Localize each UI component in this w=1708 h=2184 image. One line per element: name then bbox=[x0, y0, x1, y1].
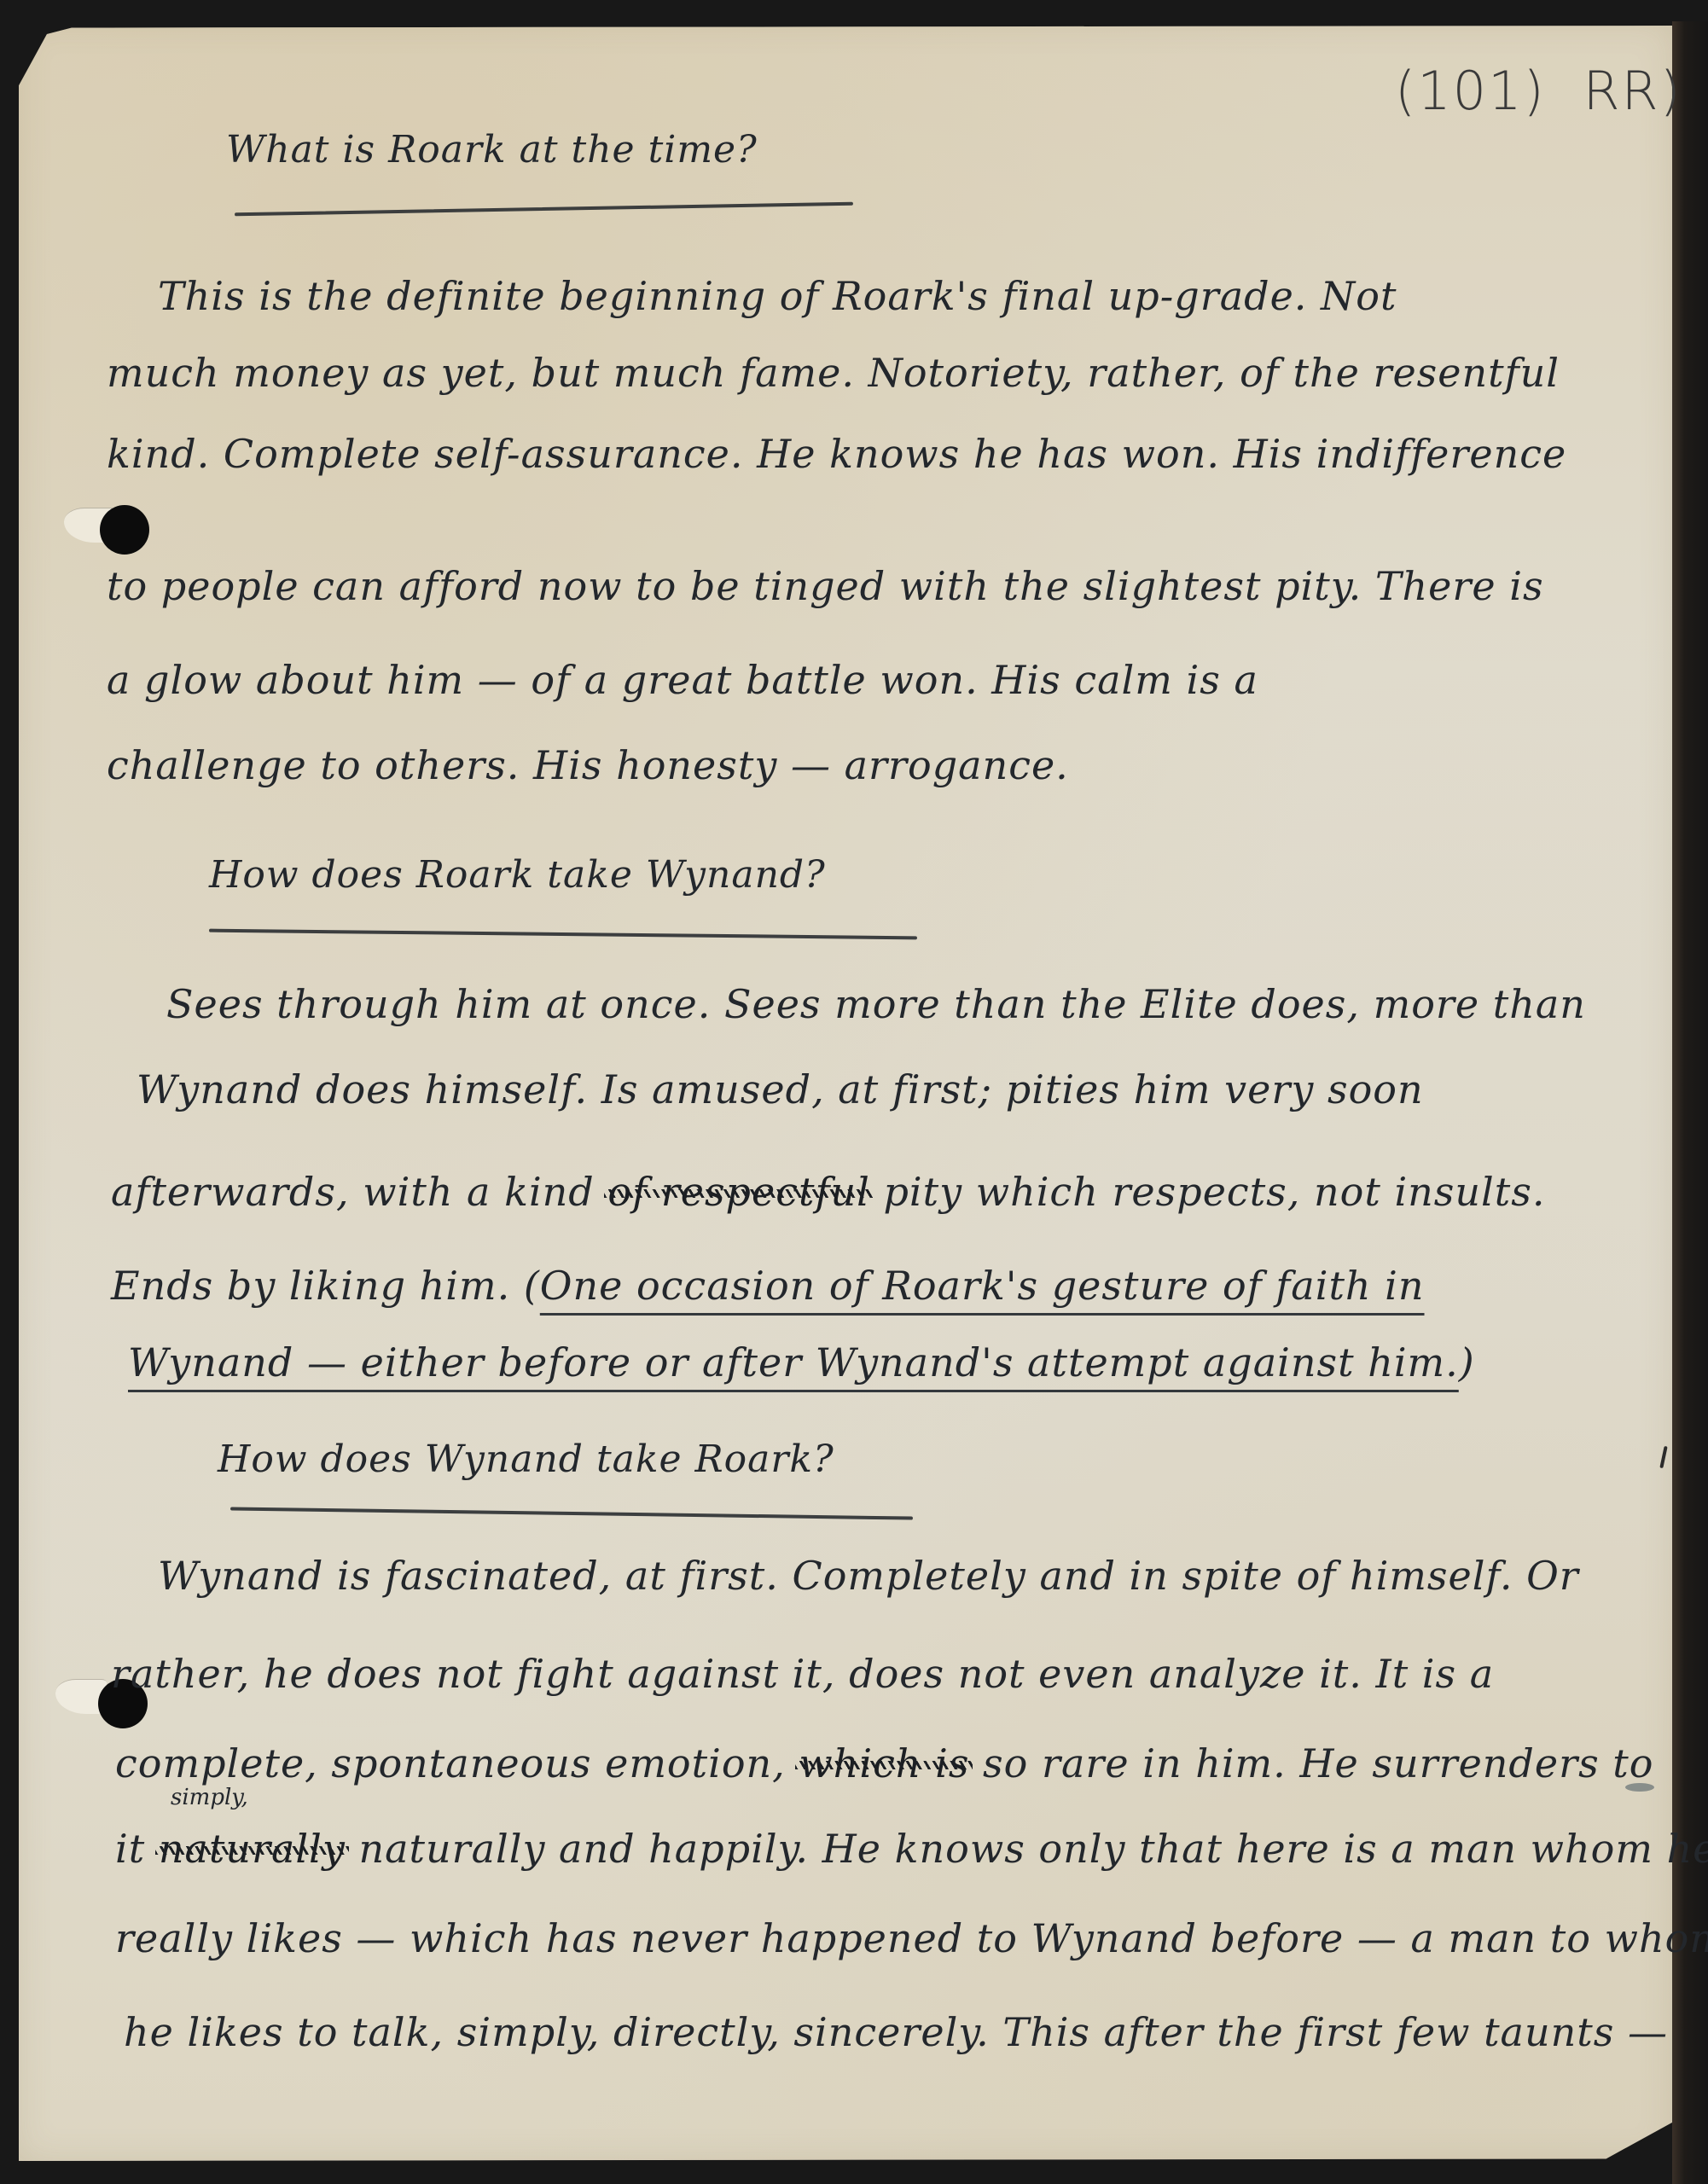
text-line: Sees through him at once. Sees more than… bbox=[166, 981, 1586, 1027]
text-line: Wynand is fascinated, at first. Complete… bbox=[158, 1553, 1579, 1599]
text-line: much money as yet, but much fame. Notori… bbox=[107, 350, 1560, 396]
handwritten-insertion: simply, bbox=[171, 1785, 248, 1810]
text-line: it naturally naturally and happily. He k… bbox=[115, 1826, 1708, 1872]
text-fragment: ) bbox=[1459, 1339, 1475, 1385]
scanned-manuscript: (101) RR) What is Roark at the time? Thi… bbox=[0, 0, 1708, 2184]
text-line: really likes — which has never happened … bbox=[115, 1915, 1708, 1961]
page-number: (101) RR) bbox=[1395, 60, 1682, 122]
page-initials: RR) bbox=[1583, 60, 1682, 122]
text-line: kind. Complete self-assurance. He knows … bbox=[107, 431, 1566, 477]
struck-out-word: which is bbox=[799, 1740, 969, 1786]
text-line: afterwards, with a kind of respectful pi… bbox=[111, 1169, 1545, 1215]
text-fragment: so rare in him. He surrenders to bbox=[969, 1740, 1653, 1786]
text-line: complete, spontaneous emotion, which is … bbox=[115, 1740, 1653, 1786]
section-heading-3: How does Wynand take Roark? bbox=[218, 1438, 834, 1481]
text-line: a glow about him — of a great battle won… bbox=[107, 657, 1258, 703]
underlined-passage: Wynand — either before or after Wynand's… bbox=[128, 1339, 1459, 1385]
text-fragment: naturally and happily. He knows only tha… bbox=[346, 1826, 1708, 1872]
ink-smudge bbox=[1625, 1783, 1654, 1792]
underlined-passage: One occasion of Roark's gesture of faith… bbox=[540, 1263, 1425, 1309]
struck-out-word: naturally bbox=[159, 1826, 346, 1872]
text-line: Wynand — either before or after Wynand's… bbox=[128, 1339, 1475, 1385]
text-fragment: it bbox=[115, 1826, 159, 1872]
text-fragment: Ends by liking him. ( bbox=[111, 1263, 540, 1309]
text-line: challenge to others. His honesty — arrog… bbox=[107, 742, 1069, 788]
text-line: rather, he does not fight against it, do… bbox=[111, 1651, 1494, 1697]
section-heading-2: How does Roark take Wynand? bbox=[209, 853, 826, 897]
text-line: to people can afford now to be tinged wi… bbox=[107, 563, 1544, 609]
section-heading-1: What is Roark at the time? bbox=[226, 128, 758, 171]
text-fragment: complete, spontaneous emotion, bbox=[115, 1740, 799, 1786]
text-line: Wynand does himself. Is amused, at first… bbox=[137, 1066, 1424, 1112]
struck-out-word: of respectful bbox=[607, 1169, 869, 1215]
page-number-text: (101) bbox=[1395, 60, 1546, 122]
punch-hole-top bbox=[100, 505, 149, 555]
text-line: This is the definite beginning of Roark'… bbox=[158, 273, 1397, 319]
text-fragment: pity which respects, not insults. bbox=[870, 1169, 1546, 1215]
text-line: he likes to talk, simply, directly, sinc… bbox=[124, 2009, 1668, 2055]
text-fragment: afterwards, with a kind bbox=[111, 1169, 607, 1215]
text-line: Ends by liking him. (One occasion of Roa… bbox=[111, 1263, 1425, 1309]
